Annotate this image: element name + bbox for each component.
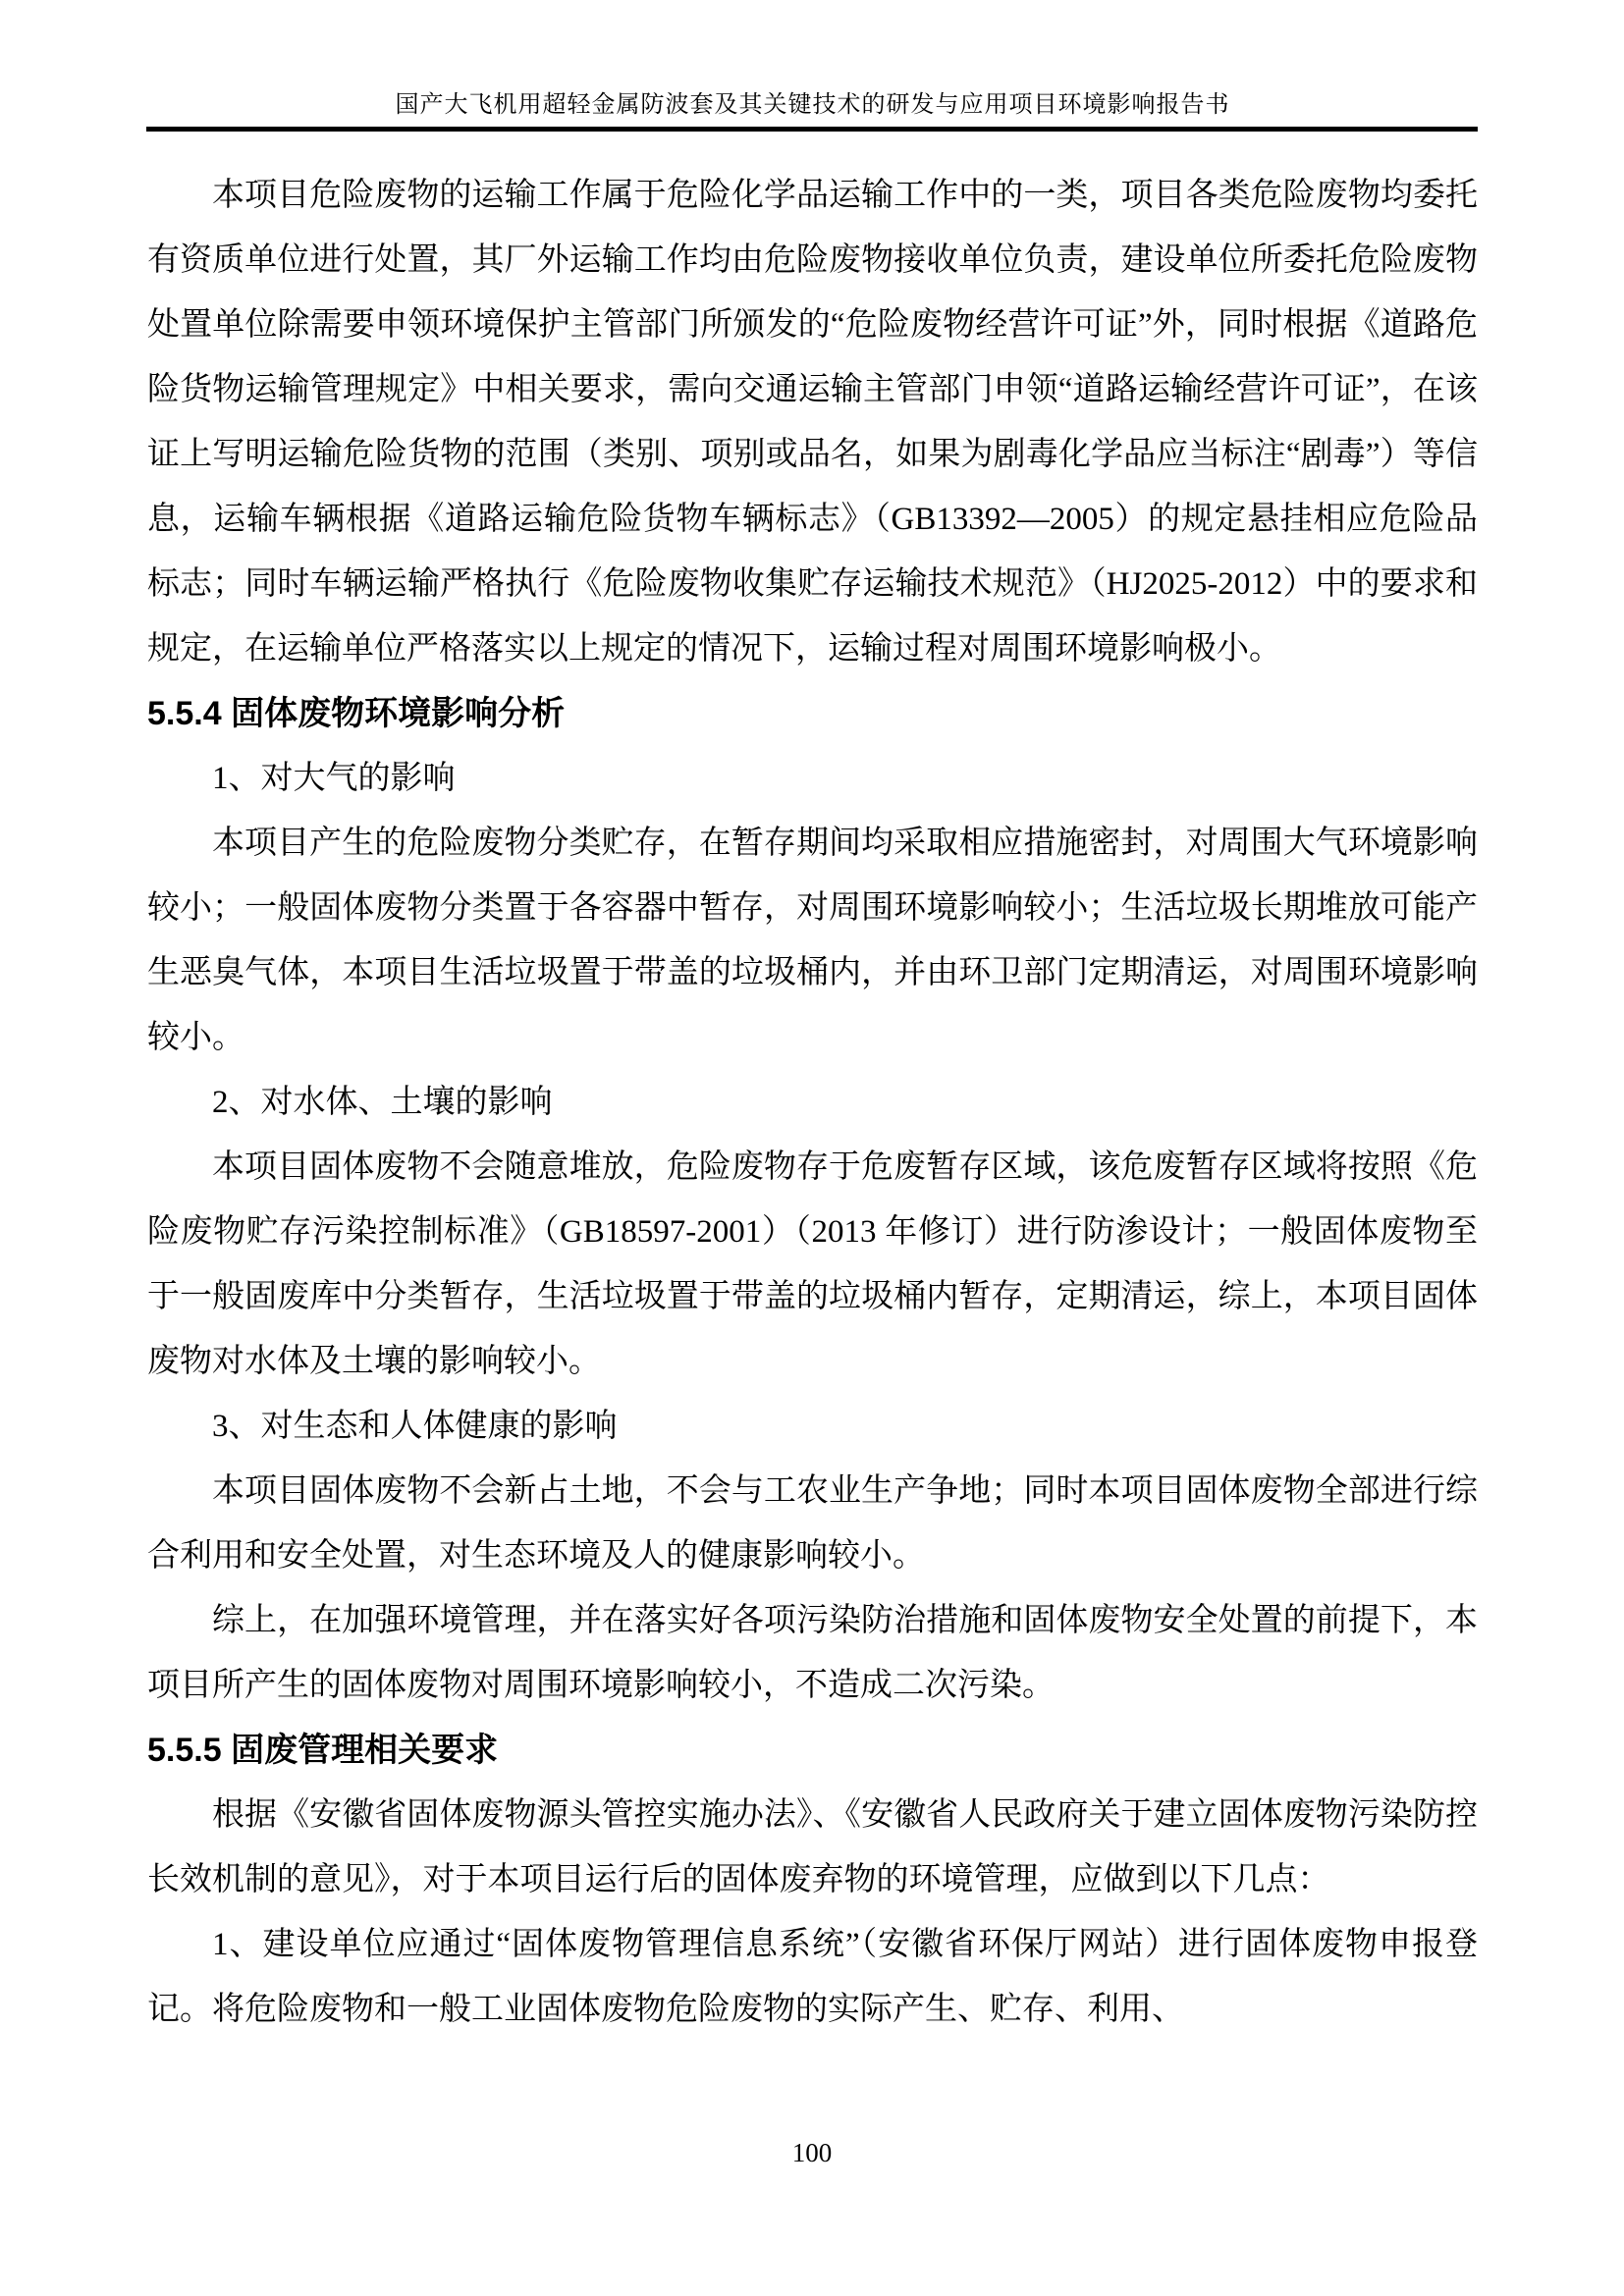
list-item-1-air-impact: 1、对大气的影响 [147,746,1478,811]
paragraph-hazardous-waste-transport: 本项目危险废物的运输工作属于危险化学品运输工作中的一类，项目各类危险废物均委托有… [147,163,1478,681]
document-page: 国产大飞机用超轻金属防波套及其关键技术的研发与应用项目环境影响报告书 本项目危险… [0,0,1624,2296]
header-title: 国产大飞机用超轻金属防波套及其关键技术的研发与应用项目环境影响报告书 [147,84,1478,119]
paragraph-management-requirements-intro: 根据《安徽省固体废物源头管控实施办法》、《安徽省人民政府关于建立固体废物污染防控… [147,1783,1478,1912]
section-heading-5-5-4: 5.5.4 固体废物环境影响分析 [147,681,1478,746]
list-item-3-ecology-health-impact: 3、对生态和人体健康的影响 [147,1394,1478,1459]
paragraph-requirement-1-registration: 1、建设单位应通过“固体废物管理信息系统”（安徽省环保厅网站）进行固体废物申报登… [147,1912,1478,2042]
paragraph-solid-waste-summary: 综上，在加强环境管理，并在落实好各项污染防治措施和固体废物安全处置的前提下，本项… [147,1588,1478,1718]
section-heading-5-5-5: 5.5.5 固废管理相关要求 [147,1718,1478,1783]
page-number: 100 [0,2138,1624,2168]
paragraph-water-soil-impact-analysis: 本项目固体废物不会随意堆放，危险废物存于危废暂存区域，该危废暂存区域将按照《危险… [147,1135,1478,1394]
paragraph-air-impact-analysis: 本项目产生的危险废物分类贮存，在暂存期间均采取相应措施密封，对周围大气环境影响较… [147,811,1478,1070]
list-item-2-water-soil-impact: 2、对水体、土壤的影响 [147,1070,1478,1135]
paragraph-ecology-health-impact-analysis: 本项目固体废物不会新占土地，不会与工农业生产争地；同时本项目固体废物全部进行综合… [147,1459,1478,1588]
header-divider [146,127,1478,132]
document-body: 本项目危险废物的运输工作属于危险化学品运输工作中的一类，项目各类危险废物均委托有… [147,163,1478,2042]
